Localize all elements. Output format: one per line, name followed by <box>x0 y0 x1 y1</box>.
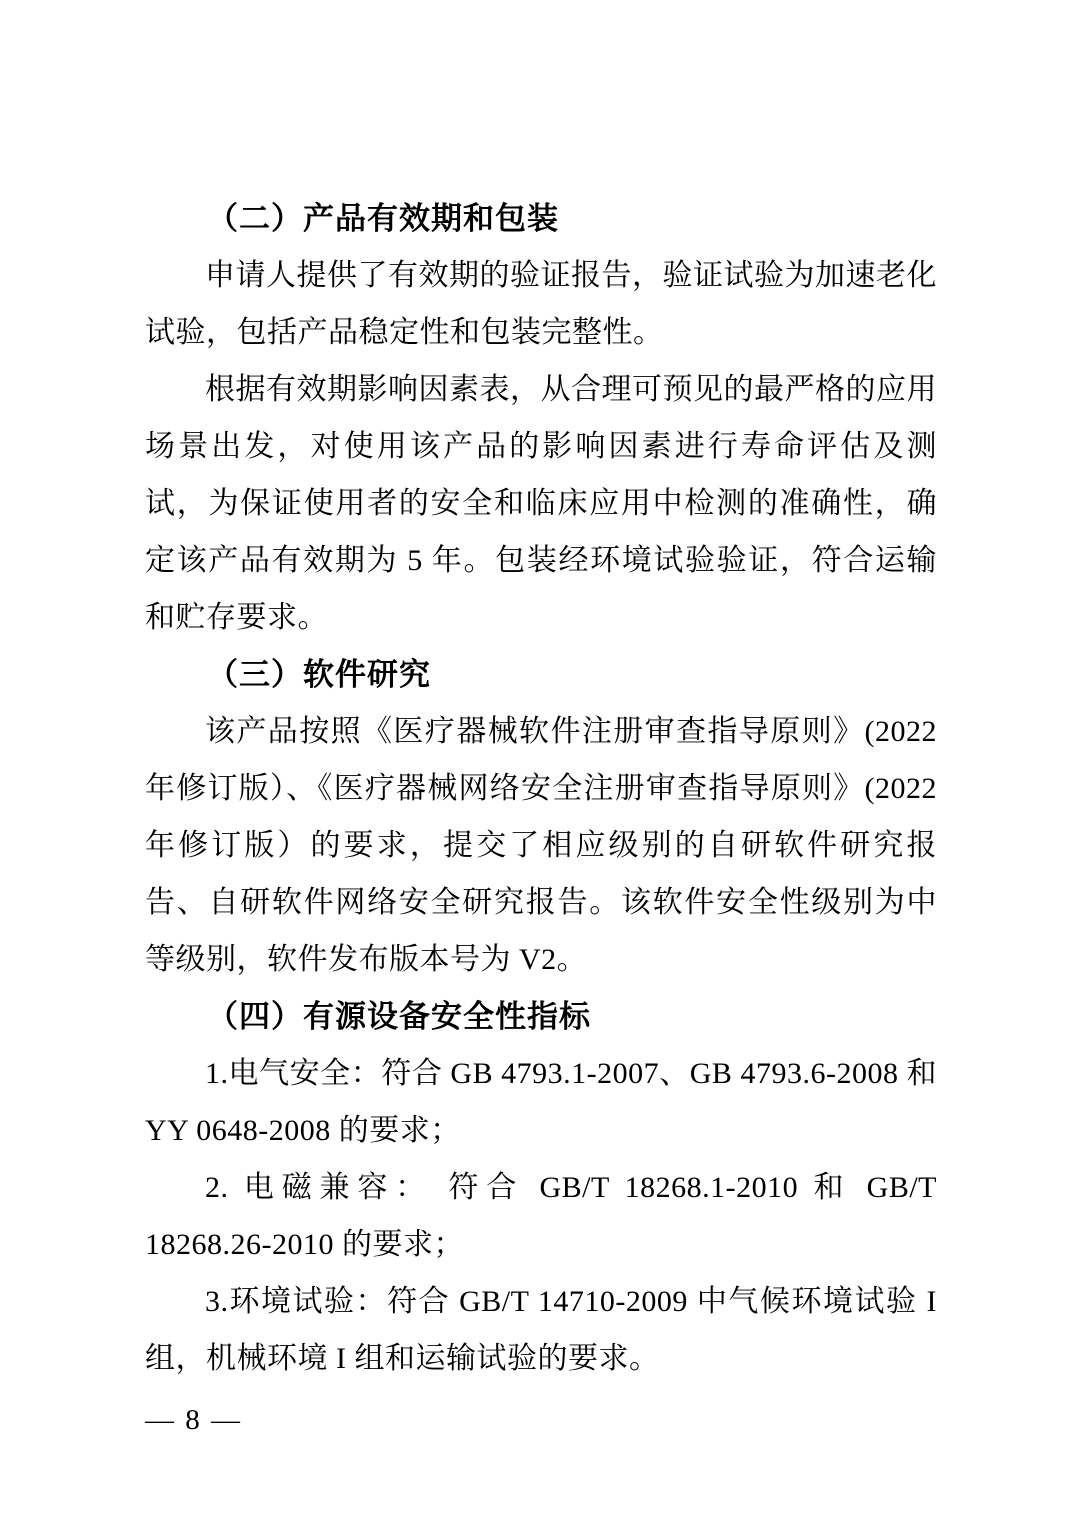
paragraph-shelf-life-validation-report: 申请人提供了有效期的验证报告，验证试验为加速老化试验，包括产品稳定性和包装完整性… <box>145 247 937 361</box>
paragraph-shelf-life-determination: 根据有效期影响因素表，从合理可预见的最严格的应用场景出发，对使用该产品的影响因素… <box>145 361 937 646</box>
page-number: — 8 — <box>145 1400 242 1440</box>
document-page: （二）产品有效期和包装 申请人提供了有效期的验证报告，验证试验为加速老化试验，包… <box>0 0 1080 1527</box>
paragraph-environmental-test: 3.环境试验：符合 GB/T 14710-2009 中气候环境试验 I 组，机械… <box>145 1273 937 1387</box>
section-heading-product-shelf-life-and-packaging: （二）产品有效期和包装 <box>145 190 937 247</box>
paragraph-electrical-safety: 1.电气安全：符合 GB 4793.1-2007、GB 4793.6-2008 … <box>145 1045 937 1159</box>
section-heading-active-device-safety-indicators: （四）有源设备安全性指标 <box>145 988 937 1045</box>
section-heading-software-research: （三）软件研究 <box>145 646 937 703</box>
paragraph-electromagnetic-compatibility: 2. 电磁兼容： 符合 GB/T 18268.1-2010 和 GB/T 182… <box>145 1159 937 1273</box>
paragraph-software-research: 该产品按照《医疗器械软件注册审查指导原则》(2022 年修订版）、《医疗器械网络… <box>145 703 937 988</box>
document-body: （二）产品有效期和包装 申请人提供了有效期的验证报告，验证试验为加速老化试验，包… <box>145 190 937 1387</box>
